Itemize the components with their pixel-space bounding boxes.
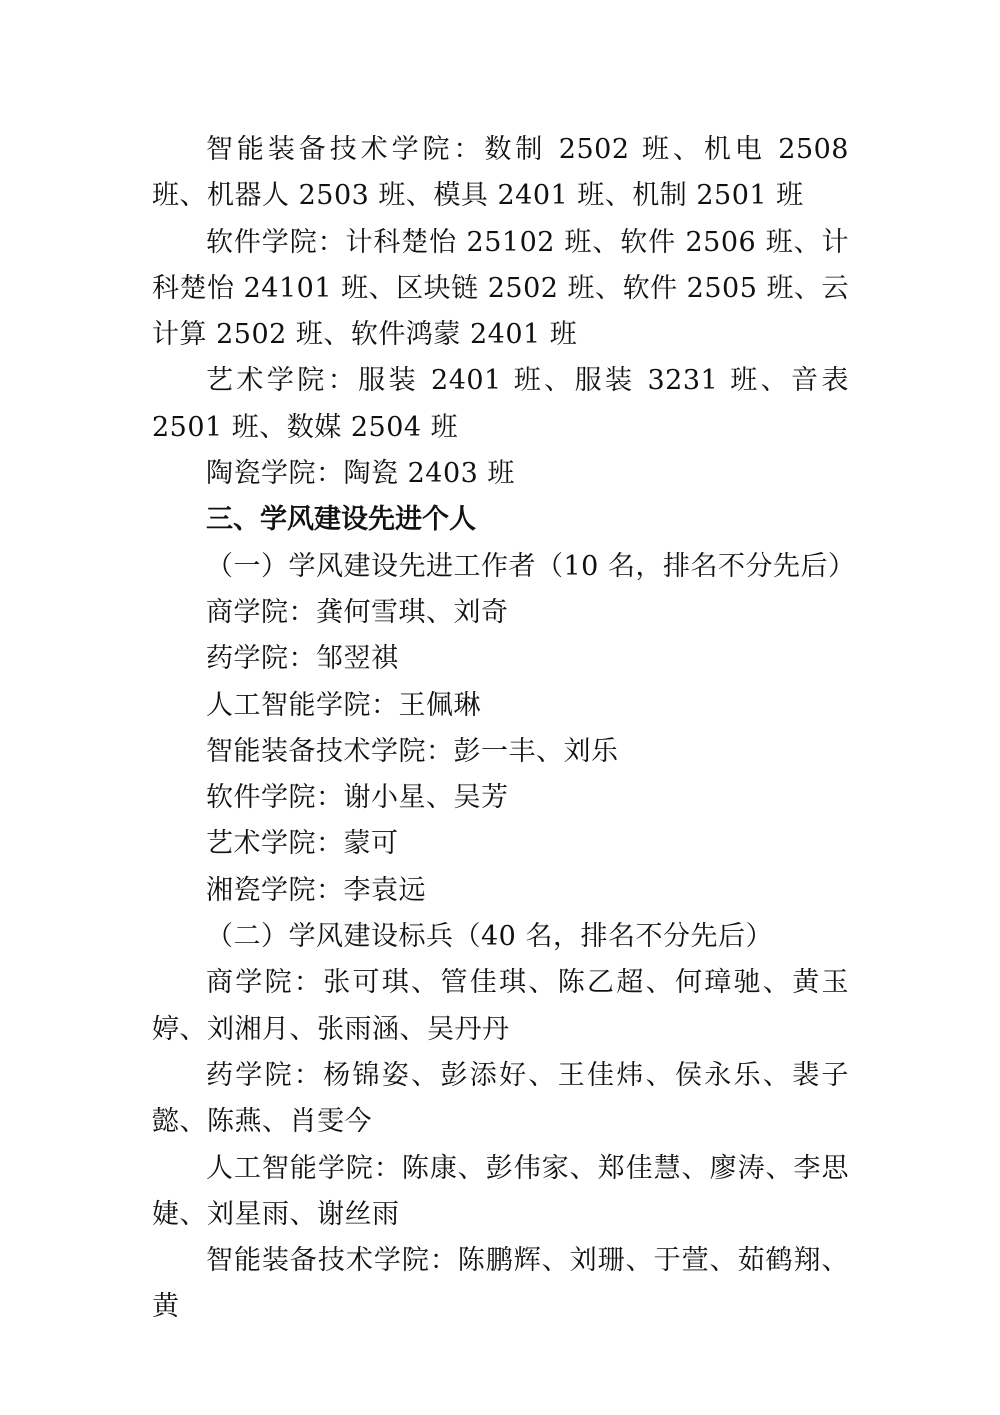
document-page: 智能装备技术学院：数制 2502 班、机电 2508 班、机器人 2503 班、… [152, 127, 849, 1331]
model-list-intelligent-equipment: 智能装备技术学院：陈鹏辉、刘珊、于萱、茹鹤翔、黄 [152, 1238, 849, 1331]
worker-list-ai: 人工智能学院：王佩琳 [152, 683, 849, 729]
worker-list-software: 软件学院：谢小星、吴芳 [152, 775, 849, 821]
subsection-heading-advanced-workers: （一）学风建设先进工作者（10 名，排名不分先后） [152, 544, 849, 590]
section-heading-advanced-individuals: 三、学风建设先进个人 [152, 497, 849, 543]
worker-list-business: 商学院：龚何雪琪、刘奇 [152, 590, 849, 636]
model-list-ai: 人工智能学院：陈康、彭伟家、郑佳慧、廖涛、李思婕、刘星雨、谢丝雨 [152, 1146, 849, 1239]
class-list-art: 艺术学院：服装 2401 班、服装 3231 班、音表 2501 班、数媒 25… [152, 358, 849, 451]
subsection-heading-model-students: （二）学风建设标兵（40 名，排名不分先后） [152, 914, 849, 960]
class-list-ceramics: 陶瓷学院：陶瓷 2403 班 [152, 451, 849, 497]
model-list-business: 商学院：张可琪、管佳琪、陈乙超、何璋驰、黄玉婷、刘湘月、张雨涵、吴丹丹 [152, 960, 849, 1053]
class-list-software: 软件学院：计科楚怡 25102 班、软件 2506 班、计科楚怡 24101 班… [152, 220, 849, 359]
worker-list-pharmacy: 药学院：邹翌祺 [152, 636, 849, 682]
model-list-pharmacy: 药学院：杨锦姿、彭添好、王佳炜、侯永乐、裴子懿、陈燕、肖雯今 [152, 1053, 849, 1146]
worker-list-intelligent-equipment: 智能装备技术学院：彭一丰、刘乐 [152, 729, 849, 775]
class-list-intelligent-equipment: 智能装备技术学院：数制 2502 班、机电 2508 班、机器人 2503 班、… [152, 127, 849, 220]
worker-list-art: 艺术学院：蒙可 [152, 821, 849, 867]
worker-list-xiangci: 湘瓷学院：李袁远 [152, 868, 849, 914]
